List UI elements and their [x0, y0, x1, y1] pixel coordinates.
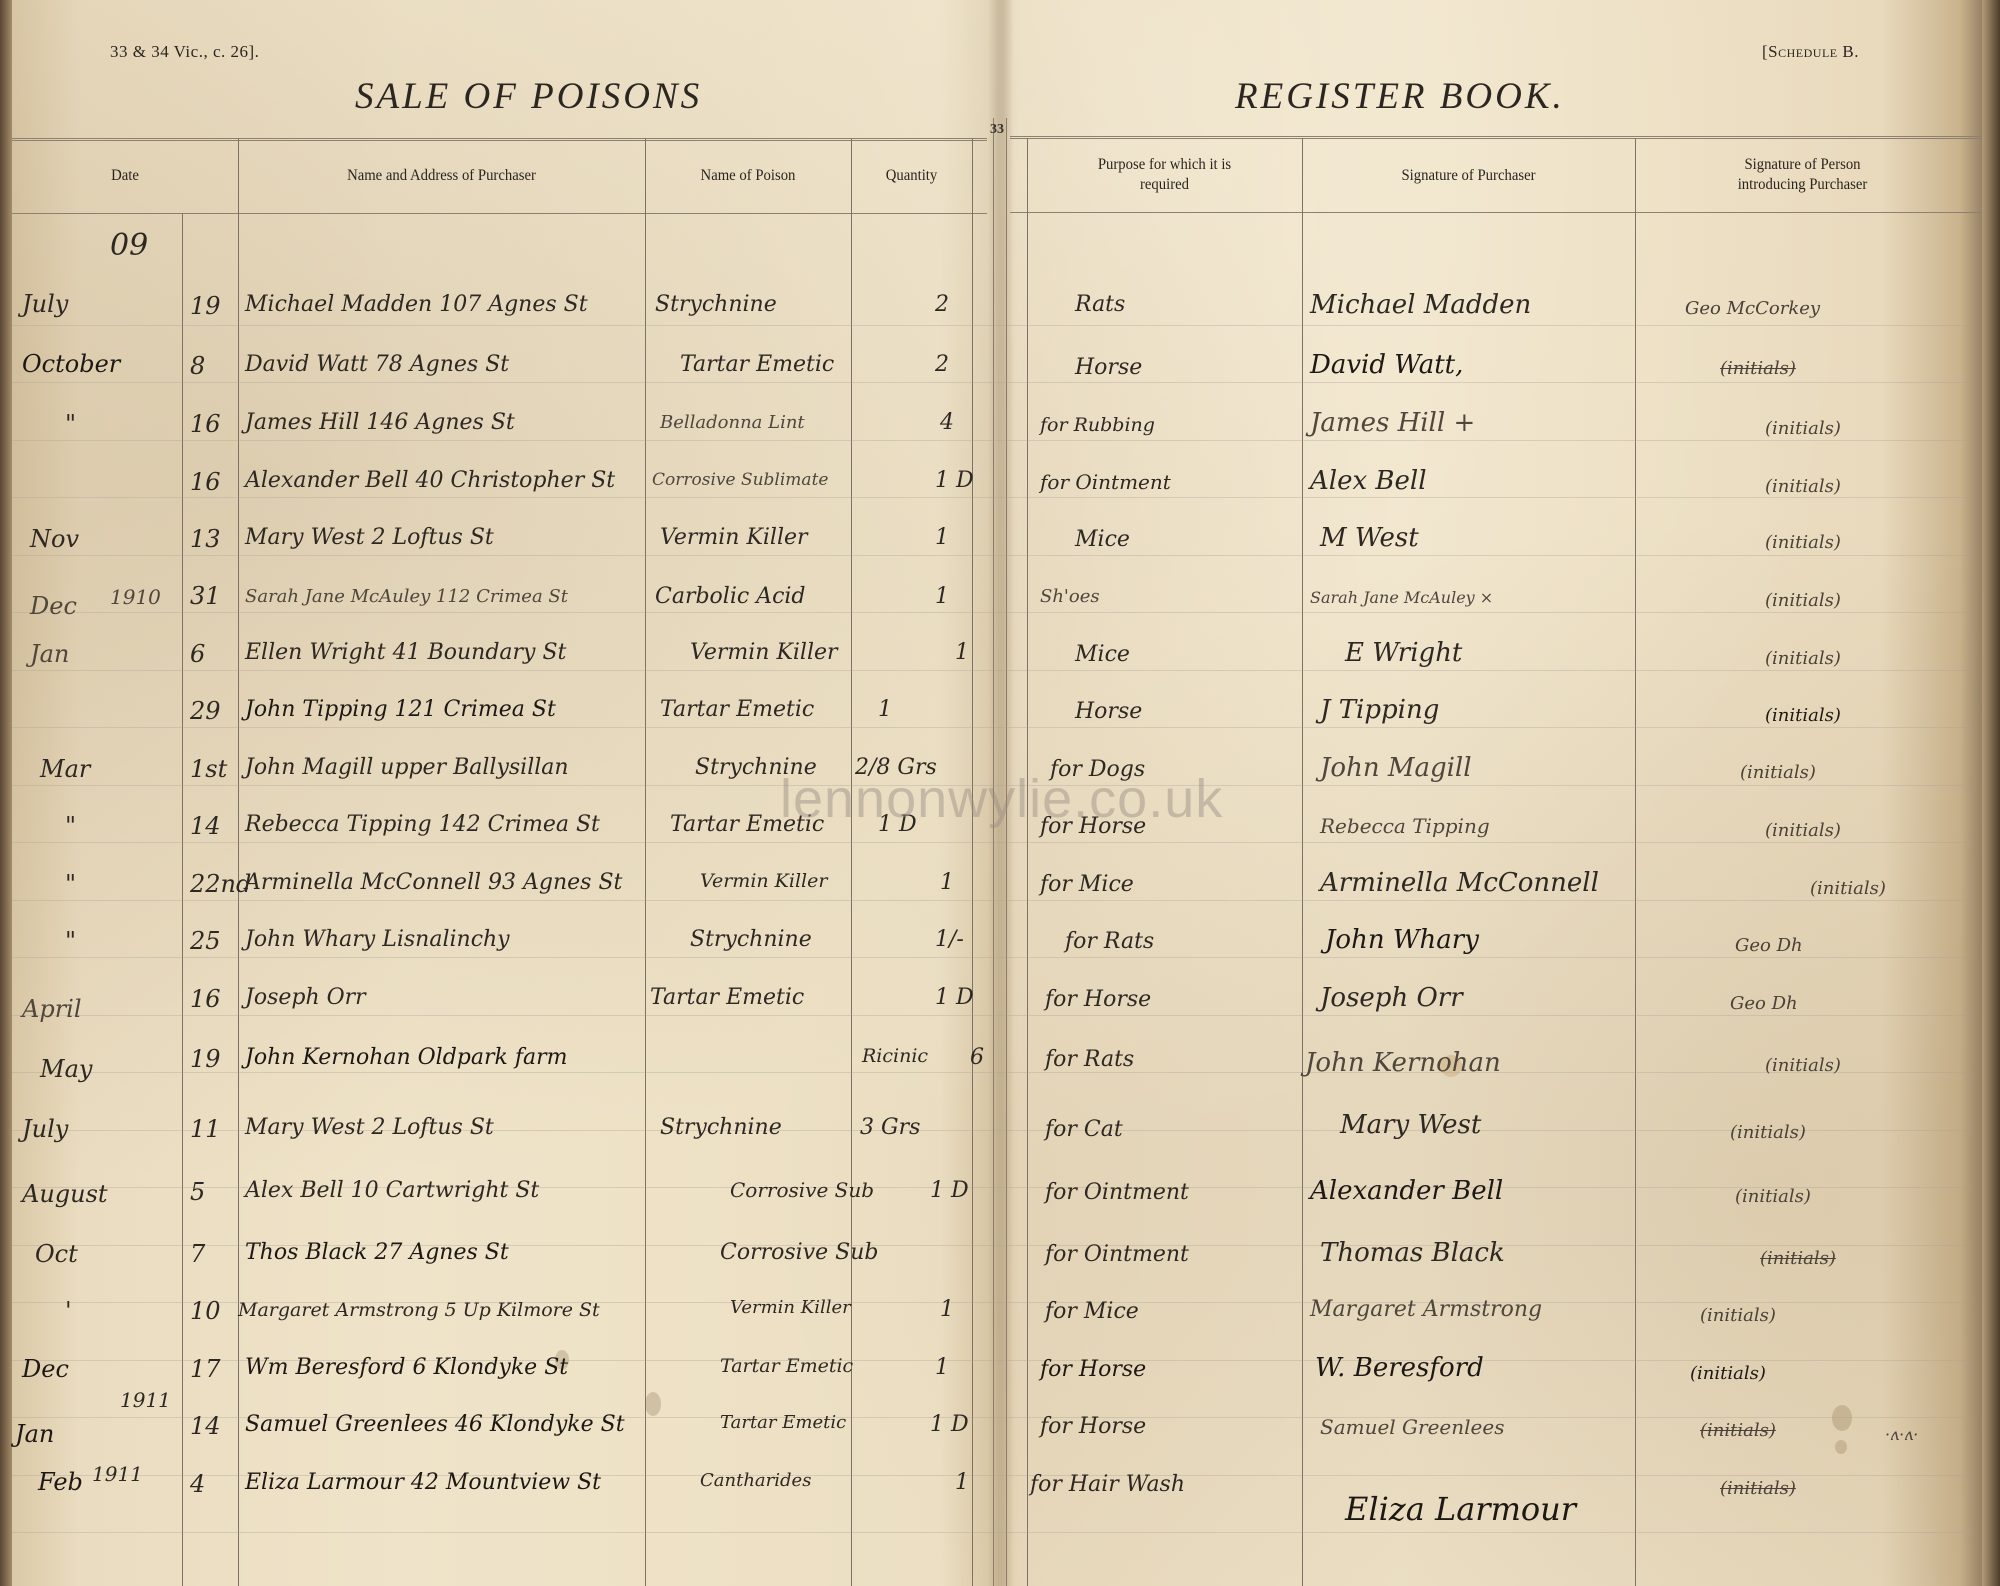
entry-introducer: (initials)	[1765, 705, 1841, 726]
entry-purpose: for Horse	[1040, 1414, 1146, 1439]
entry-month: Jan	[30, 640, 69, 668]
entry-month: Dec	[22, 1355, 69, 1383]
entry-quantity: 1	[955, 640, 969, 665]
entry-purpose: Sh'oes	[1040, 586, 1100, 607]
entry-quantity: 1 D	[935, 468, 974, 493]
ruled-line	[12, 957, 1972, 958]
entry-quantity: 1	[935, 525, 949, 550]
entry-name-address: Ellen Wright 41 Boundary St	[245, 640, 566, 665]
entry-month: "	[65, 870, 76, 898]
ruled-line	[12, 382, 1972, 383]
entry-poison: Cantharides	[700, 1470, 811, 1491]
entry-name-address: Mary West 2 Loftus St	[245, 525, 494, 550]
ruled-line	[12, 325, 1972, 326]
ink-stain	[1835, 1440, 1847, 1454]
entry-poison: Vermin Killer	[660, 525, 808, 550]
entry-quantity: 1 D	[930, 1178, 969, 1203]
column-header-signature: Signature of Purchaser	[1315, 166, 1621, 186]
entry-introducer: (initials)	[1765, 532, 1841, 553]
book-right-edge	[1982, 0, 2000, 1586]
column-rule	[972, 138, 973, 1586]
entry-name-address: Rebecca Tipping 142 Crimea St	[245, 812, 600, 837]
entry-purpose: for Horse	[1045, 987, 1151, 1012]
entry-poison: Vermin Killer	[690, 640, 838, 665]
entry-day: 22nd	[190, 870, 251, 898]
entry-day: 25	[190, 927, 221, 955]
entry-introducer: (initials)	[1720, 358, 1796, 379]
book-left-edge	[0, 0, 12, 1586]
column-header-introducer-line2: introducing Purchaser	[1648, 175, 1956, 195]
ruled-line	[12, 900, 1972, 901]
entry-name-address: John Kernohan Oldpark farm	[245, 1045, 567, 1070]
entry-month: '	[65, 1297, 72, 1325]
watermark-text: lennonwylie.co.uk	[780, 768, 1223, 830]
entry-day: 19	[190, 292, 221, 320]
entry-poison: Strychnine	[655, 292, 777, 317]
entry-name-address: Margaret Armstrong 5 Up Kilmore St	[238, 1299, 600, 1321]
entry-purpose: Mice	[1075, 527, 1130, 552]
ruled-line	[12, 612, 1972, 613]
entry-signature: W. Beresford	[1315, 1353, 1484, 1383]
entry-introducer: (initials)	[1765, 476, 1841, 497]
entry-poison: Tartar Emetic	[660, 697, 814, 722]
entry-purpose: for Horse	[1040, 1357, 1146, 1382]
entry-quantity: 3 Grs	[860, 1115, 920, 1140]
entry-day: 29	[190, 697, 221, 725]
column-header-introducer-line1: Signature of Person	[1648, 155, 1956, 175]
entry-name-address: Mary West 2 Loftus St	[245, 1115, 494, 1140]
entry-introducer: (initials)	[1765, 418, 1841, 439]
ink-stain	[1832, 1405, 1852, 1431]
entry-poison: Corrosive Sub	[730, 1178, 874, 1202]
column-rule	[1635, 138, 1636, 1586]
entry-purpose: for Ointment	[1045, 1242, 1189, 1267]
year-mark-1911: 1911	[120, 1388, 171, 1412]
entry-poison: Carbolic Acid	[655, 584, 806, 609]
entry-introducer: (initials)	[1740, 762, 1816, 783]
entry-quantity: 1 D	[935, 985, 974, 1010]
entry-month: July	[22, 290, 68, 318]
entry-signature: Alexander Bell	[1310, 1176, 1503, 1206]
entry-introducer: (initials)	[1765, 1055, 1841, 1076]
entry-day: 10	[190, 1297, 221, 1325]
year-mark-1909: 09	[110, 228, 148, 263]
column-header-quantity: Quantity	[856, 166, 967, 186]
entry-poison: Vermin Killer	[700, 870, 827, 892]
entry-name-address: Michael Madden 107 Agnes St	[245, 292, 588, 317]
spine-rule	[1006, 118, 1007, 1586]
schedule-reference: [Schedule B.	[1762, 42, 1859, 62]
entry-signature: Mary West	[1340, 1110, 1481, 1140]
entry-signature: James Hill +	[1310, 408, 1475, 438]
ruled-line	[12, 727, 1972, 728]
entry-introducer: (initials)	[1810, 878, 1886, 899]
entry-introducer: (initials)	[1760, 1248, 1836, 1269]
entry-name-address: John Whary Lisnalinchy	[245, 927, 510, 952]
entry-introducer: (initials)	[1765, 590, 1841, 611]
column-header-introducer: Signature of Person introducing Purchase…	[1648, 155, 1956, 195]
entry-introducer: (initials)	[1690, 1363, 1766, 1384]
entry-day: 14	[190, 1412, 221, 1440]
entry-day: 16	[190, 985, 221, 1013]
entry-signature: John Kernohan	[1305, 1048, 1501, 1078]
entry-purpose: Rats	[1075, 292, 1125, 317]
page-title-right: REGISTER BOOK.	[1235, 75, 1565, 118]
entry-month: Jan	[15, 1420, 54, 1448]
spine-rule	[993, 118, 994, 1586]
entry-day: 4	[190, 1470, 205, 1498]
entry-month: Oct	[35, 1240, 78, 1268]
entry-signature: Sarah Jane McAuley ×	[1310, 588, 1493, 607]
column-rule	[238, 138, 239, 1586]
entry-purpose: for Ointment	[1040, 470, 1171, 494]
entry-quantity: 1 D	[930, 1412, 969, 1437]
entry-day: 31	[190, 582, 221, 610]
entry-purpose: for Hair Wash	[1030, 1472, 1185, 1497]
entry-name-address: James Hill 146 Agnes St	[245, 410, 515, 435]
column-header-name-address: Name and Address of Purchaser	[254, 166, 628, 186]
entry-quantity: 1	[935, 1355, 949, 1380]
entry-name-address: Joseph Orr	[245, 985, 366, 1010]
entry-name-address: David Watt 78 Agnes St	[245, 352, 509, 377]
entry-month: August	[22, 1180, 108, 1208]
entry-name-address: Wm Beresford 6 Klondyke St	[245, 1355, 568, 1380]
entry-purpose: Mice	[1075, 642, 1130, 667]
entry-signature: Michael Madden	[1310, 290, 1531, 320]
entry-purpose: for Rubbing	[1040, 414, 1155, 436]
entry-name-address: John Tipping 121 Crimea St	[245, 697, 556, 722]
entry-signature: Arminella McConnell	[1320, 868, 1599, 898]
header-top-rule	[1010, 136, 1982, 139]
page-title-left: SALE OF POISONS	[355, 75, 702, 118]
ink-stain	[645, 1392, 661, 1416]
entry-day: 7	[190, 1240, 205, 1268]
entry-name-address: Arminella McConnell 93 Agnes St	[245, 870, 622, 895]
act-reference: 33 & 34 Vic., c. 26].	[110, 42, 259, 62]
entry-day: 1st	[190, 755, 227, 783]
entry-month: Mar	[40, 755, 90, 783]
entry-quantity: 1/-	[935, 927, 964, 952]
year-mark-1910: 1910	[110, 585, 161, 609]
open-register-book: 33 33 & 34 Vic., c. 26]. SALE OF POISONS…	[0, 0, 2000, 1586]
entry-introducer: Geo McCorkey	[1685, 298, 1820, 319]
entry-day: 17	[190, 1355, 221, 1383]
entry-purpose: for Rats	[1045, 1047, 1134, 1072]
entry-poison: Corrosive Sublimate	[652, 470, 828, 490]
entry-month: October	[22, 350, 120, 378]
entry-poison: Tartar Emetic	[680, 352, 834, 377]
column-header-purpose-line1: Purpose for which it is	[1038, 155, 1291, 175]
entry-poison: Strychnine	[690, 927, 812, 952]
entry-day: 16	[190, 468, 221, 496]
entry-purpose: Horse	[1075, 355, 1142, 380]
ruled-line	[12, 497, 1972, 498]
entry-introducer: (initials)	[1765, 820, 1841, 841]
column-rule	[1302, 138, 1303, 1586]
entry-poison: Tartar Emetic	[720, 1412, 846, 1433]
entry-introducer: Geo Dh	[1735, 935, 1803, 956]
ruled-line	[12, 1532, 1972, 1533]
header-top-rule	[12, 138, 987, 141]
entry-signature: Rebecca Tipping	[1320, 814, 1490, 838]
entry-signature: Eliza Larmour	[1345, 1490, 1576, 1528]
entry-name-address: Alexander Bell 40 Christopher St	[245, 468, 615, 493]
entry-quantity: 6	[970, 1045, 984, 1070]
entry-quantity: 1	[955, 1470, 969, 1495]
entry-quantity: 1	[940, 870, 954, 895]
entry-month: April	[22, 995, 82, 1023]
entry-month: "	[65, 812, 76, 840]
entry-signature: Margaret Armstrong	[1310, 1297, 1542, 1322]
entry-introducer: (initials)	[1720, 1478, 1796, 1499]
header-bottom-rule	[1010, 212, 1982, 213]
column-header-purpose: Purpose for which it is required	[1038, 155, 1291, 195]
entry-day: 11	[190, 1115, 221, 1143]
entry-day: 19	[190, 1045, 221, 1073]
entry-quantity: 1	[935, 584, 949, 609]
entry-poison: Belladonna Lint	[660, 412, 805, 433]
entry-purpose: for Mice	[1040, 872, 1134, 897]
entry-month: May	[40, 1055, 92, 1083]
entry-poison: Tartar Emetic	[720, 1355, 853, 1377]
margin-note: ·ʌ·ʌ·	[1885, 1425, 1918, 1444]
entry-day: 13	[190, 525, 221, 553]
ruled-line	[12, 440, 1972, 441]
entry-purpose: for Cat	[1045, 1117, 1123, 1142]
entry-name-address: John Magill upper Ballysillan	[245, 755, 569, 780]
entry-day: 16	[190, 410, 221, 438]
entry-introducer: (initials)	[1700, 1420, 1776, 1441]
entry-quantity: 1	[878, 697, 892, 722]
entry-poison: Tartar Emetic	[650, 985, 804, 1010]
entry-introducer: (initials)	[1735, 1186, 1811, 1207]
column-header-poison: Name of Poison	[653, 166, 843, 186]
entry-introducer: (initials)	[1700, 1305, 1776, 1326]
entry-month: July	[22, 1115, 68, 1143]
entry-quantity: 2	[935, 292, 949, 317]
year-mark-feb-1911: 1911	[92, 1462, 143, 1486]
entry-purpose: for Mice	[1045, 1299, 1139, 1324]
entry-name-address: Samuel Greenlees 46 Klondyke St	[245, 1412, 625, 1437]
entry-signature: Samuel Greenlees	[1320, 1415, 1504, 1439]
entry-purpose: for Ointment	[1045, 1180, 1189, 1205]
entry-name-address: Alex Bell 10 Cartwright St	[245, 1178, 539, 1203]
entry-introducer: (initials)	[1765, 648, 1841, 669]
entry-introducer: (initials)	[1730, 1122, 1806, 1143]
ruled-line	[12, 670, 1972, 671]
column-rule	[645, 138, 646, 1586]
entry-signature: J Tipping	[1320, 695, 1439, 725]
entry-day: 6	[190, 640, 205, 668]
column-header-date: Date	[21, 166, 229, 186]
entry-month: "	[65, 410, 76, 438]
ruled-line	[12, 555, 1972, 556]
entry-name-address: Thos Black 27 Agnes St	[245, 1240, 509, 1265]
entry-signature: Thomas Black	[1320, 1238, 1505, 1268]
column-header-purpose-line2: required	[1038, 175, 1291, 195]
entry-month: Dec	[30, 592, 77, 620]
entry-signature: John Magill	[1320, 753, 1472, 783]
entry-month: "	[65, 927, 76, 955]
entry-introducer: Geo Dh	[1730, 993, 1798, 1014]
ruled-line	[12, 842, 1972, 843]
binding-mark: 33	[990, 122, 1004, 138]
ruled-line	[12, 1072, 1972, 1073]
entry-poison: Strychnine	[660, 1115, 782, 1140]
entry-poison: Ricinic	[862, 1045, 928, 1067]
entry-signature: David Watt,	[1310, 350, 1463, 380]
entry-signature: M West	[1320, 523, 1419, 553]
entry-name-address: Sarah Jane McAuley 112 Crimea St	[245, 586, 568, 607]
entry-poison: Vermin Killer	[730, 1297, 851, 1318]
entry-signature: E Wright	[1345, 638, 1462, 668]
entry-poison: Corrosive Sub	[720, 1240, 878, 1265]
entry-day: 14	[190, 812, 221, 840]
entry-quantity: 2	[935, 352, 949, 377]
entry-signature: Alex Bell	[1310, 466, 1427, 496]
entry-purpose: for Rats	[1065, 929, 1154, 954]
column-rule	[1027, 138, 1028, 1586]
entry-signature: Joseph Orr	[1320, 983, 1463, 1013]
entry-quantity: 1	[940, 1297, 954, 1322]
entry-month: Feb	[38, 1468, 83, 1496]
entry-quantity: 4	[940, 410, 954, 435]
entry-name-address: Eliza Larmour 42 Mountview St	[245, 1470, 601, 1495]
entry-day: 8	[190, 352, 205, 380]
ruled-line	[12, 1015, 1972, 1016]
entry-month: Nov	[30, 525, 79, 553]
entry-signature: John Whary	[1325, 925, 1479, 955]
entry-purpose: Horse	[1075, 699, 1142, 724]
header-bottom-rule	[12, 213, 987, 214]
entry-day: 5	[190, 1178, 205, 1206]
